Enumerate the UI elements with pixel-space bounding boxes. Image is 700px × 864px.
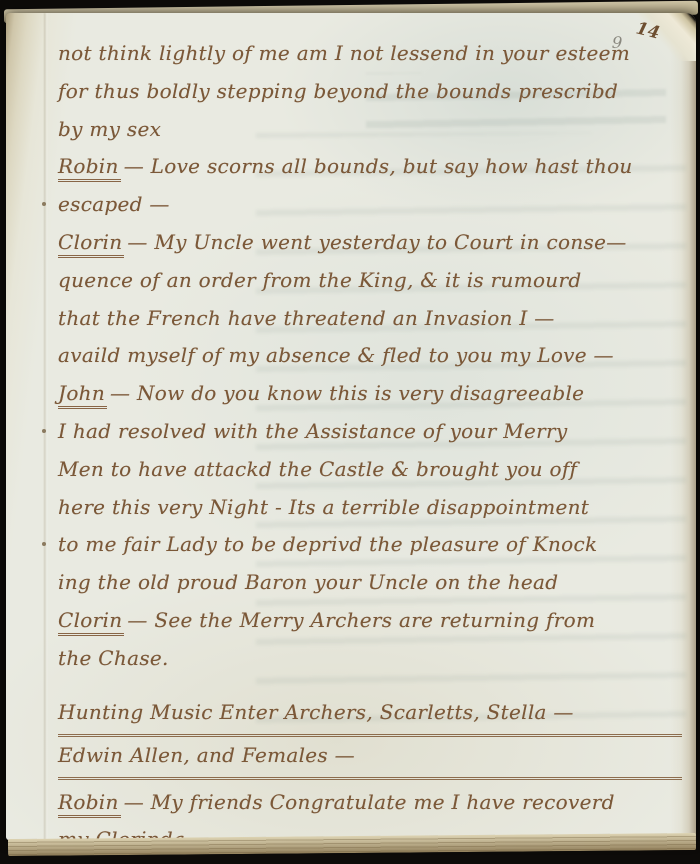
line-text: ing the old proud Baron your Uncle on th… — [58, 570, 558, 594]
line-text: Hunting Music Enter Archers, Scarletts, … — [58, 700, 574, 724]
manuscript-line: Men to have attackd the Castle & brought… — [58, 451, 682, 489]
manuscript-line: Hunting Music Enter Archers, Scarletts, … — [58, 694, 682, 737]
manuscript-line: not think lightly of me am I not lessend… — [58, 35, 682, 73]
manuscript-page: 9 14 not think lightly of me am I not le… — [6, 13, 696, 840]
manuscript-line: availd myself of my absence & fled to yo… — [58, 337, 682, 375]
line-text: availd myself of my absence & fled to yo… — [58, 343, 614, 367]
speaker-name: Robin — [58, 154, 121, 182]
line-text: here this very Night - Its a terrible di… — [58, 495, 589, 519]
line-text: that the French have threatend an Invasi… — [58, 306, 555, 330]
speaker-name: Clorin — [58, 608, 124, 636]
manuscript-line: ing the old proud Baron your Uncle on th… — [58, 564, 682, 602]
manuscript-line: for thus boldly stepping beyond the boun… — [58, 73, 682, 111]
manuscript-line: Edwin Allen, and Females — — [58, 737, 682, 780]
line-text: — My Uncle went yesterday to Court in co… — [127, 230, 626, 254]
line-text: for thus boldly stepping beyond the boun… — [58, 79, 618, 103]
line-text: — See the Merry Archers are returning fr… — [127, 608, 595, 632]
manuscript-line: Robin— Love scorns all bounds, but say h… — [58, 148, 682, 186]
speaker-name: Robin — [58, 790, 121, 818]
line-text: to me fair Lady to be deprivd the pleasu… — [58, 532, 597, 556]
line-text: quence of an order from the King, & it i… — [58, 268, 581, 292]
manuscript-line: escaped — — [58, 186, 682, 224]
manuscript-line: Robin— My friends Congratulate me I have… — [58, 784, 682, 822]
speaker-name: John — [58, 381, 107, 409]
line-text: — Love scorns all bounds, but say how ha… — [124, 154, 633, 178]
photograph-background: 9 14 not think lightly of me am I not le… — [0, 0, 700, 864]
line-text: I had resolved with the Assistance of yo… — [58, 419, 567, 443]
manuscript-line: here this very Night - Its a terrible di… — [58, 489, 682, 527]
manuscript-line: I had resolved with the Assistance of yo… — [58, 413, 682, 451]
manuscript-line: by my sex — [58, 111, 682, 149]
line-text: Men to have attackd the Castle & brought… — [58, 457, 577, 481]
line-text: the Chase. — [58, 646, 169, 670]
line-text: Edwin Allen, and Females — — [58, 743, 355, 767]
manuscript-line: the Chase. — [58, 640, 682, 678]
line-text: escaped — — [58, 192, 170, 216]
manuscript-line: Clorin— My Uncle went yesterday to Court… — [58, 224, 682, 262]
line-text: — My friends Congratulate me I have reco… — [124, 790, 615, 814]
manuscript-line: that the French have threatend an Invasi… — [58, 300, 682, 338]
manuscript-line: Clorin— See the Merry Archers are return… — [58, 602, 682, 640]
speaker-name: Clorin — [58, 230, 124, 258]
line-text: by my sex — [58, 117, 161, 141]
manuscript-text: not think lightly of me am I not lessend… — [58, 35, 682, 840]
manuscript-line: quence of an order from the King, & it i… — [58, 262, 682, 300]
manuscript-line: John— Now do you know this is very disag… — [58, 375, 682, 413]
binding-crease — [44, 13, 48, 840]
line-text: — Now do you know this is very disagreea… — [110, 381, 584, 405]
manuscript-line: to me fair Lady to be deprivd the pleasu… — [58, 526, 682, 564]
line-text: not think lightly of me am I not lessend… — [58, 41, 630, 65]
